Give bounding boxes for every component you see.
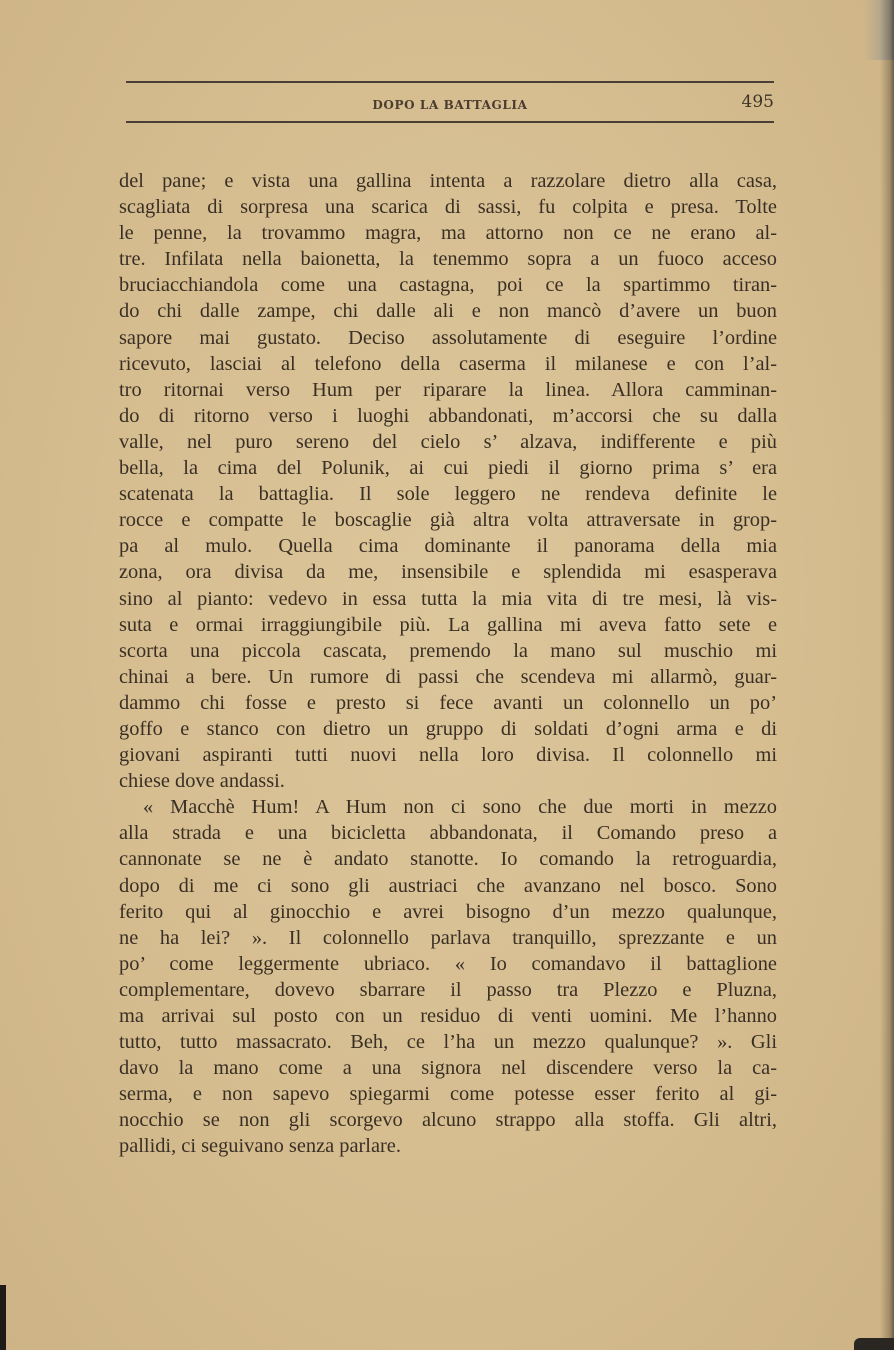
text-line: davo la mano come a una signora nel disc… (119, 1055, 777, 1081)
text-line: serma, e non sapevo spiegarmi come potes… (119, 1081, 777, 1107)
text-line: do di ritorno verso i luoghi abbandonati… (119, 403, 777, 429)
page-edge-shadow (880, 0, 894, 1350)
text-line: do chi dalle zampe, chi dalle ali e non … (119, 298, 777, 324)
text-line: ma arrivai sul posto con un residuo di v… (119, 1003, 777, 1029)
paragraph: del pane; e vista una gallina intenta a … (119, 168, 777, 794)
text-line: tre. Infilata nella baionetta, la tenemm… (119, 246, 777, 272)
text-line: tutto, tutto massacrato. Beh, ce l’ha un… (119, 1029, 777, 1055)
text-line: valle, nel puro sereno del cielo s’ alza… (119, 429, 777, 455)
text-line: nocchio se non gli scorgevo alcuno strap… (119, 1107, 777, 1133)
text-line: scatenata la battaglia. Il sole leggero … (119, 481, 777, 507)
text-line: ferito qui al ginocchio e avrei bisogno … (119, 899, 777, 925)
chapter-title: DOPO LA BATTAGLIA (126, 98, 774, 112)
text-line: scorta una piccola cascata, premendo la … (119, 638, 777, 664)
text-line: complementare, dovevo sbarrare il passo … (119, 977, 777, 1003)
text-line: ricevuto, lasciai al telefono della case… (119, 351, 777, 377)
text-line: dopo di me ci sono gli austriaci che ava… (119, 873, 777, 899)
text-line: cannonate se ne è andato stanotte. Io co… (119, 846, 777, 872)
text-line: rocce e compatte le boscaglie già altra … (119, 507, 777, 533)
text-line: chiese dove andassi. (119, 768, 777, 794)
text-line: pallidi, ci seguivano senza parlare. (119, 1133, 777, 1159)
text-line: giovani aspiranti tutti nuovi nella loro… (119, 742, 777, 768)
text-line: po’ come leggermente ubriaco. « Io coman… (119, 951, 777, 977)
scan-border (854, 1338, 894, 1350)
header-rule-bottom (126, 121, 774, 123)
text-line: tro ritornai verso Hum per riparare la l… (119, 377, 777, 403)
text-line: sino al pianto: vedevo in essa tutta la … (119, 586, 777, 612)
text-line: « Macchè Hum! A Hum non ci sono che due … (119, 794, 777, 820)
text-line: goffo e stanco con dietro un gruppo di s… (119, 716, 777, 742)
text-line: zona, ora divisa da me, insensibile e sp… (119, 559, 777, 585)
text-line: del pane; e vista una gallina intenta a … (119, 168, 777, 194)
header-line: DOPO LA BATTAGLIA 495 (126, 83, 774, 121)
text-line: suta e ormai irraggiungibile più. La gal… (119, 612, 777, 638)
text-line: dammo chi fosse e presto si fece avanti … (119, 690, 777, 716)
paragraph: « Macchè Hum! A Hum non ci sono che due … (119, 794, 777, 1159)
text-line: scagliata di sorpresa una scarica di sas… (119, 194, 777, 220)
text-line: chinai a bere. Un rumore di passi che sc… (119, 664, 777, 690)
scan-border (0, 1285, 6, 1350)
text-line: sapore mai gustato. Deciso assolutamente… (119, 325, 777, 351)
body-text: del pane; e vista una gallina intenta a … (119, 168, 777, 1160)
book-page: DOPO LA BATTAGLIA 495 del pane; e vista … (0, 0, 894, 1350)
page-number: 495 (742, 92, 774, 112)
text-line: pa al mulo. Quella cima dominante il pan… (119, 533, 777, 559)
text-line: le penne, la trovammo magra, ma attorno … (119, 220, 777, 246)
running-head: DOPO LA BATTAGLIA 495 (126, 81, 774, 123)
text-line: ne ha lei? ». Il colonnello parlava tran… (119, 925, 777, 951)
text-line: bella, la cima del Polunik, ai cui piedi… (119, 455, 777, 481)
text-line: bruciacchiandola come una castagna, poi … (119, 272, 777, 298)
text-line: alla strada e una bicicletta abbandonata… (119, 820, 777, 846)
